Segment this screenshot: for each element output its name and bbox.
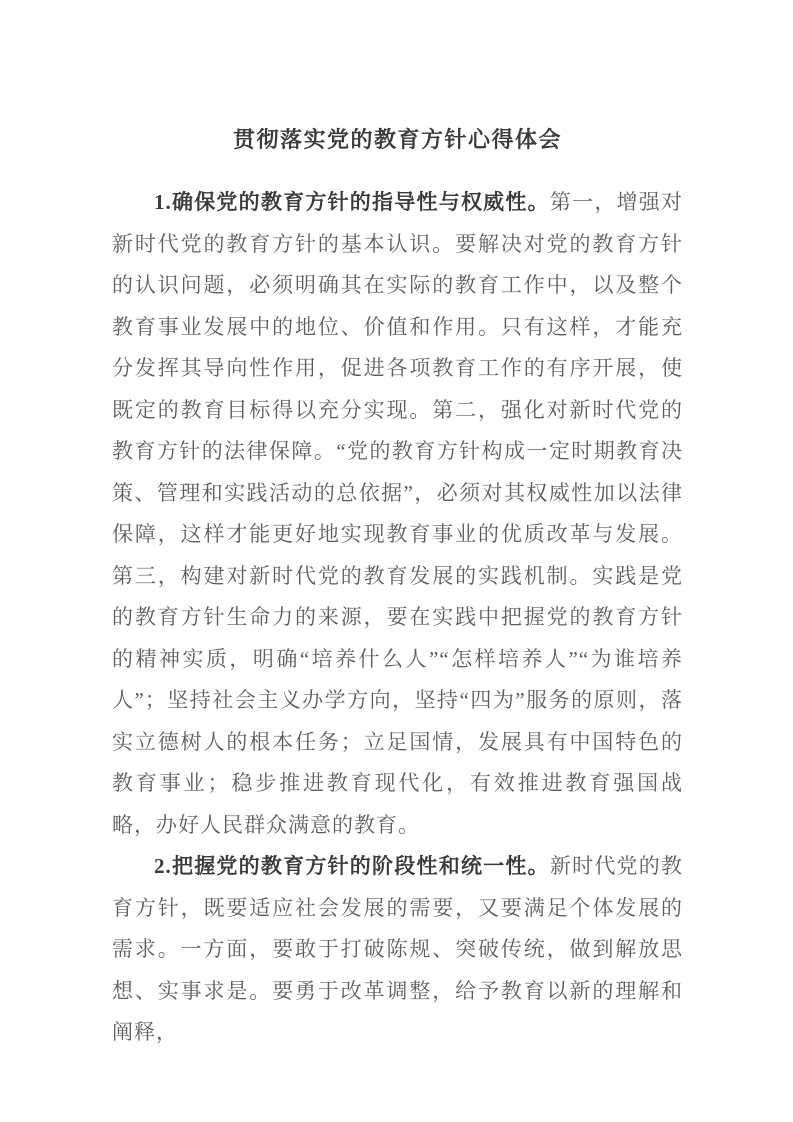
paragraph-text: 第一，增强对新时代党的教育方针的基本认识。要解决对党的教育方针的认识问题，必须明… bbox=[112, 190, 683, 837]
document-title: 贯彻落实党的教育方针心得体会 bbox=[112, 124, 683, 156]
paragraph-lead-bold: 2.把握党的教育方针的阶段性和统一性。 bbox=[154, 854, 550, 878]
document-page: 贯彻落实党的教育方针心得体会 1.确保党的教育方针的指导性与权威性。第一，增强对… bbox=[0, 0, 793, 1122]
paragraph: 2.把握党的教育方针的阶段性和统一性。新时代党的教育方针，既要适应社会发展的需要… bbox=[112, 846, 683, 1054]
paragraph-lead-bold: 1.确保党的教育方针的指导性与权威性。 bbox=[154, 190, 550, 214]
document-body: 1.确保党的教育方针的指导性与权威性。第一，增强对新时代党的教育方针的基本认识。… bbox=[112, 182, 683, 1054]
paragraph: 1.确保党的教育方针的指导性与权威性。第一，增强对新时代党的教育方针的基本认识。… bbox=[112, 182, 683, 846]
paragraph-text: 新时代党的教育方针，既要适应社会发展的需要，又要满足个体发展的需求。一方面，要敢… bbox=[112, 854, 683, 1044]
